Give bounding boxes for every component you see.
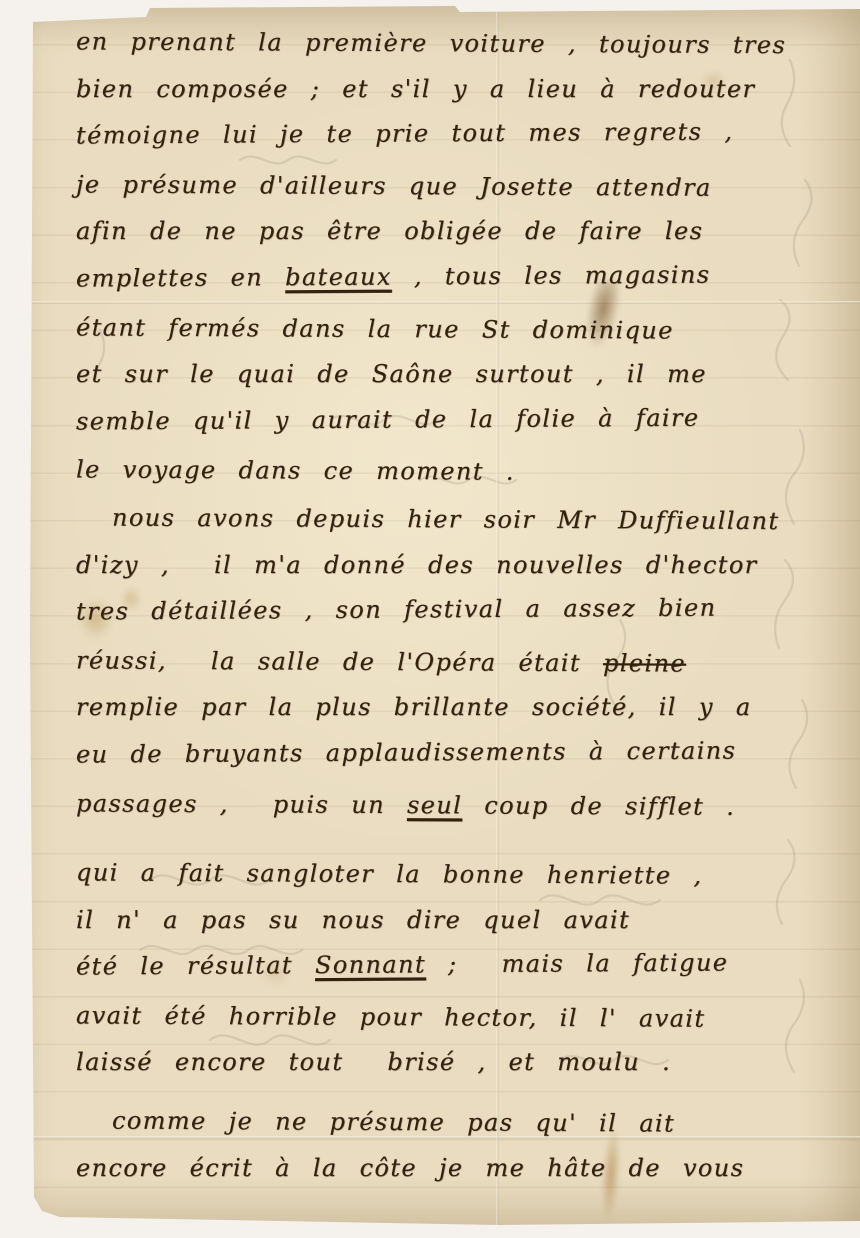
text-segment: remplie par la plus brillante société, i… [76, 693, 752, 721]
text-segment: été le résultat [76, 951, 315, 980]
text-segment: nous avons depuis hier soir Mr Duffieull… [112, 504, 780, 535]
text-line: avait été horrible pour hector, il l' av… [0, 992, 860, 1044]
letter-scan: en prenant la première voiture , toujour… [0, 0, 860, 1238]
text-segment: ; mais la fatigue [426, 949, 729, 979]
text-segment: tres détaillées , son festival a assez b… [76, 594, 717, 626]
text-line: d'izy , il m'a donné des nouvelles d'hec… [0, 542, 860, 590]
text-line: laissé encore tout brisé , et moulu . [0, 1039, 860, 1087]
text-segment: coup de sifflet . [462, 791, 735, 820]
text-segment: réussi, la salle de l'Opéra était [76, 646, 603, 677]
text-line: étant fermés dans la rue St dominique [0, 304, 860, 356]
paragraph: comme je ne présume pas qu' il aitencore… [0, 1097, 860, 1192]
text-segment: comme je ne présume pas qu' il ait [112, 1107, 675, 1138]
underlined-word: bateaux [285, 263, 392, 292]
text-segment: emplettes en [76, 263, 285, 292]
text-line: bien composée ; et s'il y a lieu à redou… [0, 66, 860, 114]
text-line: et sur le quai de Saône surtout , il me [0, 351, 860, 399]
text-segment: bien composée ; et s'il y a lieu à redou… [76, 75, 755, 103]
paragraph: en prenant la première voiture , toujour… [0, 18, 860, 494]
letter-page: en prenant la première voiture , toujour… [0, 0, 860, 1238]
text-line: été le résultat Sonnant ; mais la fatigu… [0, 939, 860, 992]
paragraph: qui a fait sangloter la bonne henriette … [0, 849, 860, 1087]
text-segment: il n' a pas su nous dire quel avait [76, 906, 630, 934]
struck-word: pleine [603, 649, 686, 677]
text-segment: qui a fait sangloter la bonne henriette … [76, 858, 703, 889]
text-segment: témoigne lui je te prie tout mes regrets… [76, 118, 734, 150]
text-line: encore écrit à la côte je me hâte de vou… [0, 1145, 860, 1193]
text-segment: passages , puis un [76, 789, 407, 819]
text-line: emplettes en bateaux , tous les magasins [0, 251, 860, 304]
letter-text: en prenant la première voiture , toujour… [0, 0, 860, 1238]
text-line: eu de bruyants applaudissements à certai… [0, 727, 860, 780]
text-line: comme je ne présume pas qu' il ait [0, 1097, 860, 1149]
text-segment: et sur le quai de Saône surtout , il me [76, 360, 707, 388]
text-line: qui a fait sangloter la bonne henriette … [0, 849, 860, 901]
text-line: semble qu'il y aurait de la folie à fair… [0, 393, 860, 446]
text-segment: semble qu'il y aurait de la folie à fair… [76, 403, 700, 435]
text-segment: étant fermés dans la rue St dominique [76, 313, 674, 344]
paragraph: nous avons depuis hier soir Mr Duffieull… [0, 494, 860, 827]
text-line: le voyage dans ce moment . [0, 446, 860, 498]
text-segment: laissé encore tout brisé , et moulu . [76, 1048, 671, 1076]
text-segment: encore écrit à la côte je me hâte de vou… [76, 1154, 744, 1182]
text-line: réussi, la salle de l'Opéra était pleine [0, 637, 860, 689]
text-line: afin de ne pas être obligée de faire les [0, 208, 860, 256]
text-line: remplie par la plus brillante société, i… [0, 684, 860, 732]
text-segment: le voyage dans ce moment . [76, 456, 515, 486]
text-segment: en prenant la première voiture , toujour… [76, 27, 786, 59]
text-segment: eu de bruyants applaudissements à certai… [76, 736, 736, 768]
text-line: témoigne lui je te prie tout mes regrets… [0, 108, 860, 161]
text-line: je présume d'ailleurs que Josette attend… [0, 161, 860, 213]
text-segment: , tous les magasins [392, 261, 711, 291]
underlined-word: Sonnant [315, 951, 426, 980]
text-line: nous avons depuis hier soir Mr Duffieull… [0, 494, 860, 546]
text-segment: afin de ne pas être obligée de faire les [76, 217, 703, 245]
text-line: en prenant la première voiture , toujour… [0, 18, 860, 70]
text-segment: d'izy , il m'a donné des nouvelles d'hec… [76, 551, 758, 579]
underlined-word: seul [407, 791, 462, 819]
text-segment: avait été horrible pour hector, il l' av… [76, 1001, 706, 1032]
text-line: tres détaillées , son festival a assez b… [0, 584, 860, 637]
text-segment: je présume d'ailleurs que Josette attend… [76, 170, 712, 201]
text-line: passages , puis un seul coup de sifflet … [0, 780, 860, 832]
text-line: il n' a pas su nous dire quel avait [0, 897, 860, 945]
